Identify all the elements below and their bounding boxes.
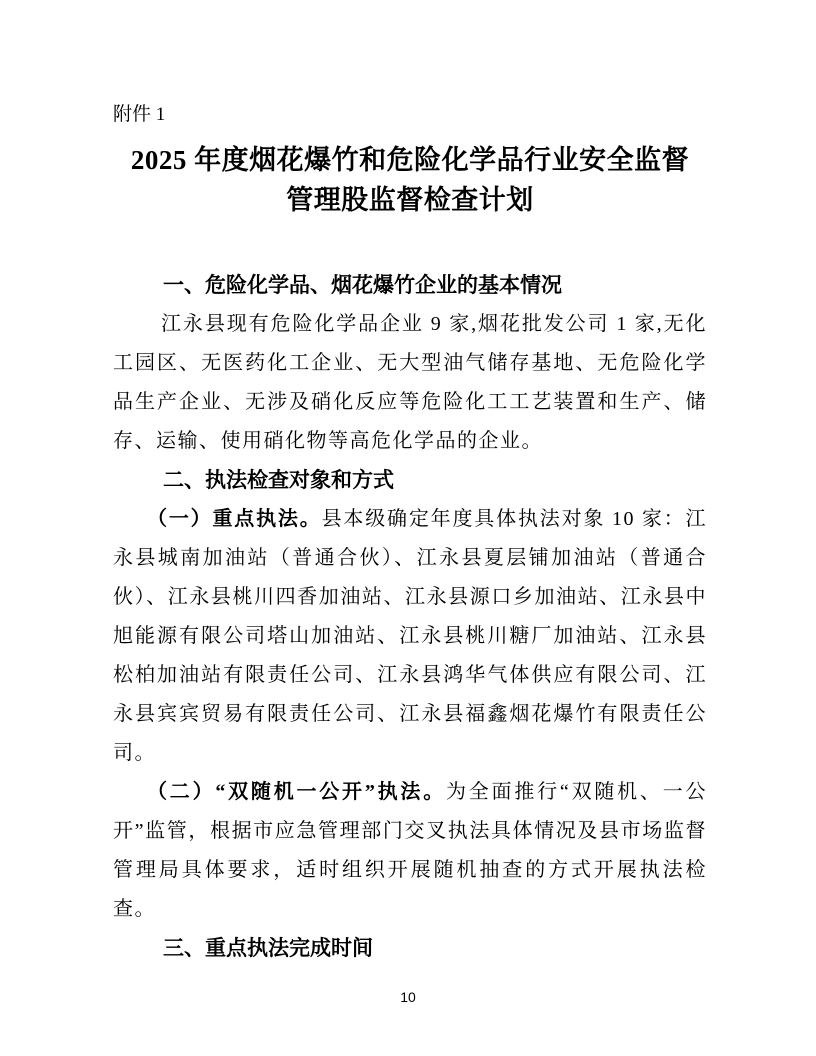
page-number: 10 (0, 988, 816, 1006)
document-title: 2025 年度烟花爆竹和危险化学品行业安全监督 管理股监督检查计划 (113, 140, 707, 220)
document-page: 附件 1 2025 年度烟花爆竹和危险化学品行业安全监督 管理股监督检查计划 一… (0, 0, 816, 1056)
attachment-label: 附件 1 (113, 100, 707, 130)
key-enforcement-paragraph: （一）重点执法。县本级确定年度具体执法对象 10 家：江永县城南加油站（普通合伙… (113, 500, 707, 773)
double-random-paragraph: （二）“双随机一公开”执法。为全面推行“双随机、一公开”监管，根据市应急管理部门… (113, 773, 707, 929)
document-content: 附件 1 2025 年度烟花爆竹和危险化学品行业安全监督 管理股监督检查计划 一… (113, 100, 707, 968)
section-1-paragraph: 江永县现有危险化学品企业 9 家,烟花批发公司 1 家,无化工园区、无医药化工企… (113, 305, 707, 461)
title-line-1: 2025 年度烟花爆竹和危险化学品行业安全监督 (131, 145, 689, 175)
section-1-heading: 一、危险化学品、烟花爆竹企业的基本情况 (113, 266, 707, 305)
section-2-heading: 二、执法检查对象和方式 (113, 461, 707, 500)
key-enforcement-text: 县本级确定年度具体执法对象 10 家：江永县城南加油站（普通合伙）、江永县夏层铺… (113, 508, 707, 764)
section-1-paragraph-text: 江永县现有危险化学品企业 9 家,烟花批发公司 1 家,无化工园区、无医药化工企… (113, 313, 707, 452)
key-enforcement-lead: （一）重点执法。 (147, 508, 322, 530)
section-3-heading: 三、重点执法完成时间 (113, 929, 707, 968)
double-random-lead: （二）“双随机一公开”执法。 (147, 781, 446, 803)
title-line-2: 管理股监督检查计划 (286, 185, 534, 215)
